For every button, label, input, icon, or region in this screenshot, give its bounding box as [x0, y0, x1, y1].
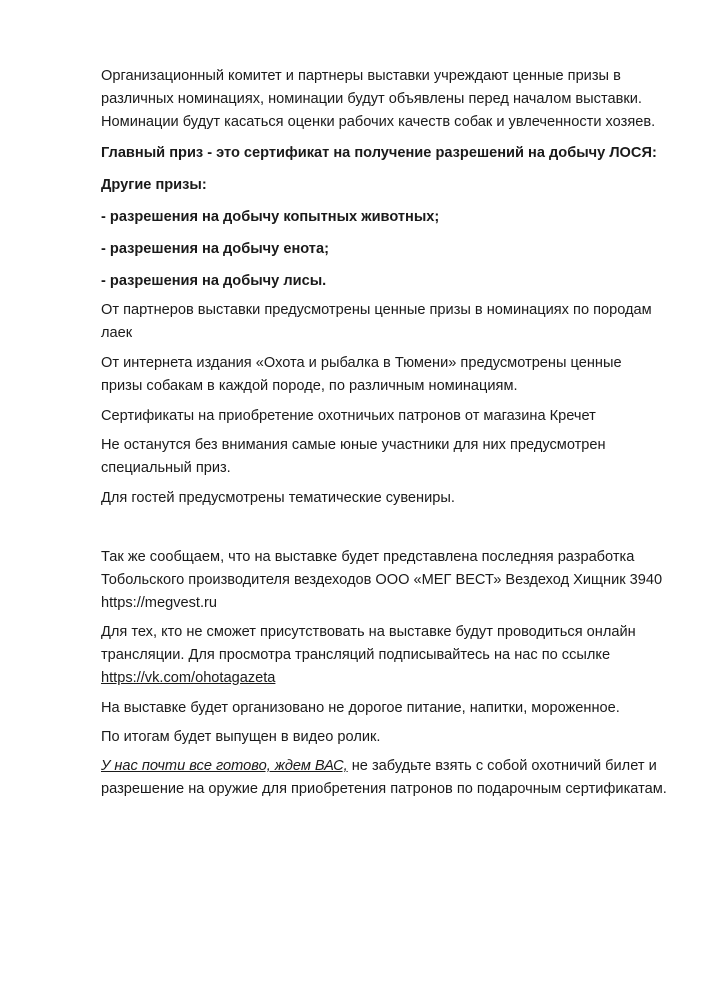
intro-line-3: Номинации будут касаться оценки рабочих … — [101, 114, 655, 131]
prize-item-hoofed: - разрешения на добычу копытных животных… — [101, 209, 439, 226]
intro-line-2: различных номинациях, номинации будут об… — [101, 91, 642, 108]
partners-line-1: От партнеров выставки предусмотрены ценн… — [101, 302, 652, 319]
young-line-1: Не останутся без внимания самые юные уча… — [101, 437, 606, 454]
video-text: По итогам будет выпущен в видео ролик. — [101, 729, 380, 746]
vk-link[interactable]: https://vk.com/ohotagazeta — [101, 670, 275, 687]
vehicle-line-2: Тобольского производителя вездеходов ООО… — [101, 572, 662, 589]
vehicle-line-1: Так же сообщаем, что на выставке будет п… — [101, 549, 634, 566]
guests-text: Для гостей предусмотрены тематические су… — [101, 490, 455, 507]
closing-line-2: разрешение на оружие для приобретения па… — [101, 781, 667, 798]
prize-item-fox: - разрешения на добычу лисы. — [101, 273, 326, 290]
partners-line-2: лаек — [101, 325, 132, 342]
internet-edition-line-2: призы собакам в каждой породе, по различ… — [101, 378, 518, 395]
young-line-2: специальный приз. — [101, 460, 231, 477]
intro-line-1: Организационный комитет и партнеры выста… — [101, 68, 621, 85]
broadcast-line-2: трансляции. Для просмотра трансляций под… — [101, 647, 610, 664]
closing-emphasis: У нас почти все готово, ждем ВАС, — [101, 758, 348, 774]
prize-item-raccoon: - разрешения на добычу енота; — [101, 241, 329, 258]
megvest-url: https://megvest.ru — [101, 595, 217, 612]
internet-edition-line-1: От интернета издания «Охота и рыбалка в … — [101, 355, 622, 372]
broadcast-line-1: Для тех, кто не сможет присутствовать на… — [101, 624, 636, 641]
closing-line-1: У нас почти все готово, ждем ВАС, не заб… — [101, 758, 657, 775]
other-prizes-heading: Другие призы: — [101, 177, 207, 194]
closing-rest: не забудьте взять с собой охотничий биле… — [348, 758, 657, 774]
main-prize-heading: Главный приз - это сертификат на получен… — [101, 145, 657, 162]
food-text: На выставке будет организовано не дорого… — [101, 700, 620, 717]
certificates-text: Сертификаты на приобретение охотничьих п… — [101, 408, 596, 425]
